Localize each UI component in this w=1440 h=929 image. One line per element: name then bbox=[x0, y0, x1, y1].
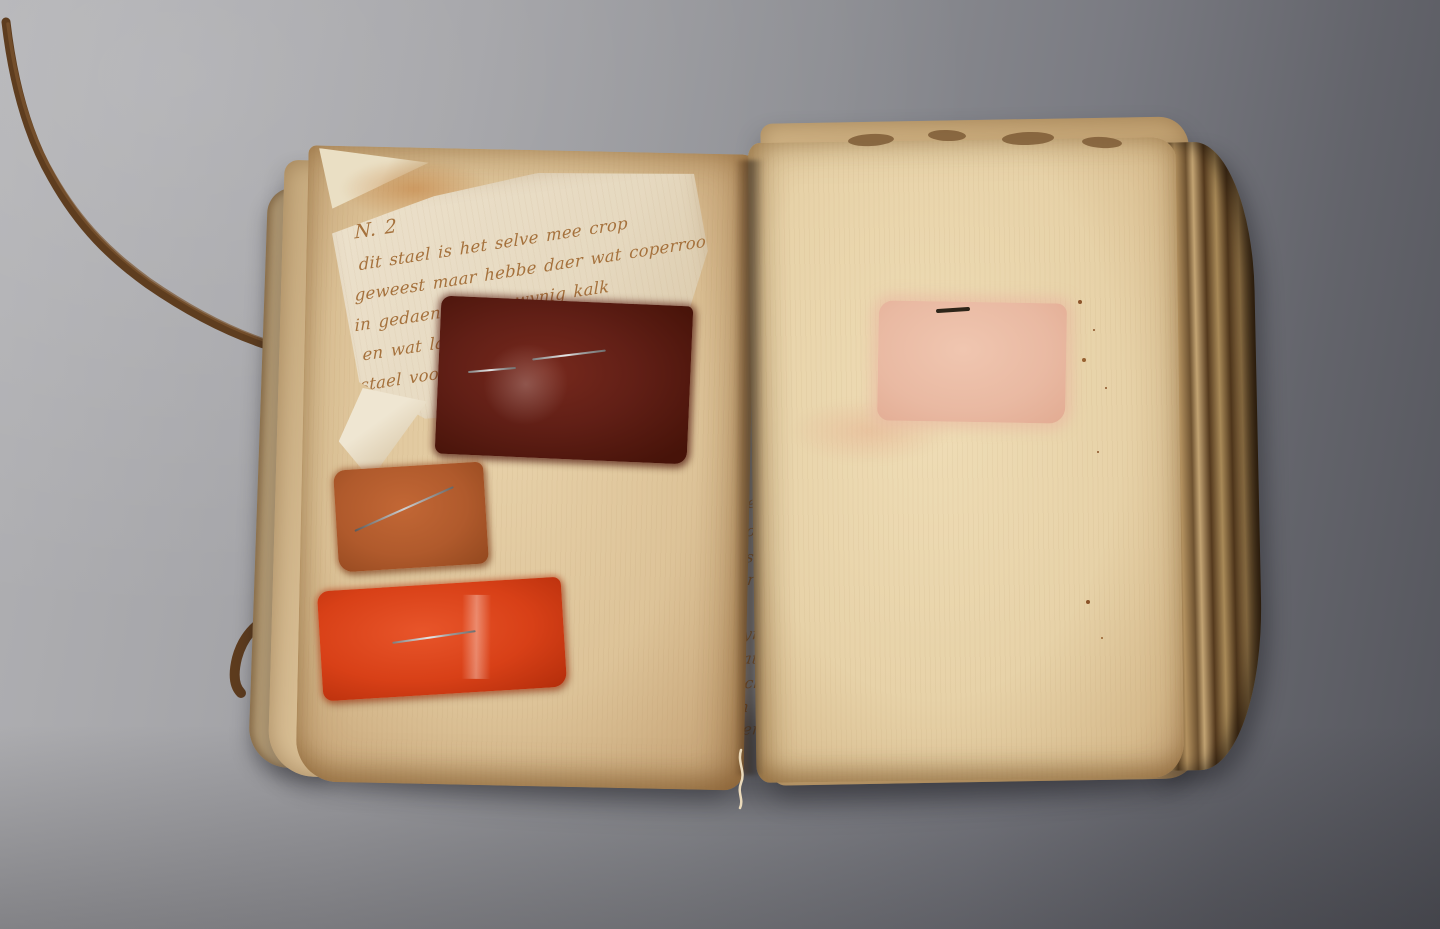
binding-thread-layer bbox=[0, 0, 1440, 929]
binding-thread bbox=[740, 750, 743, 808]
photo-of-manuscript-book: als hy liggen nem en in wat fernabouk en… bbox=[0, 0, 1440, 929]
